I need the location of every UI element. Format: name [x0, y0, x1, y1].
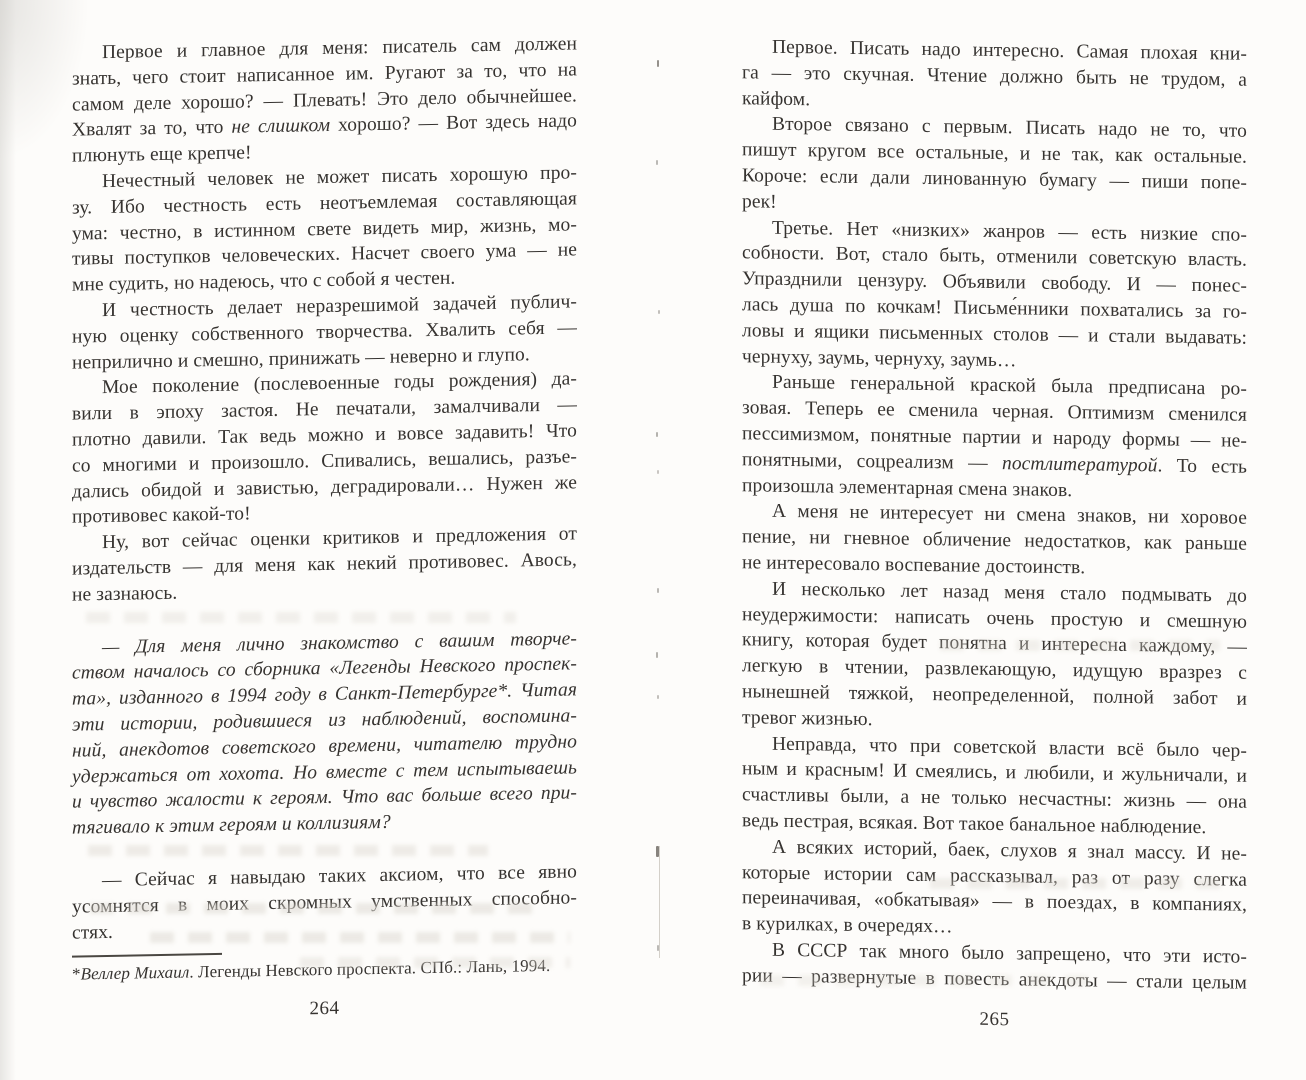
text-segment: тревог жизнью. [742, 707, 873, 730]
paragraph: Первое и главное для меня: писатель сам … [72, 31, 577, 169]
text-segment: противовес какой-то! [72, 504, 251, 528]
page-number-right: 265 [742, 1006, 1247, 1035]
bleedthrough-smudge [930, 878, 1230, 889]
text-segment: И несколько лет назад меня стало подмыва… [772, 578, 1247, 606]
text-segment: А меня не интересует ни смена знаков, ни… [772, 501, 1247, 529]
bleedthrough-smudge [300, 957, 570, 968]
gutter-speck [656, 652, 658, 658]
text-segment: чернуху, заумь, чернуху, заумь… [742, 346, 1016, 371]
text-segment: понятными, соцреализм — [742, 449, 1002, 474]
gutter-speck [657, 60, 659, 67]
paragraph: А меня не интересует ни смена знаков, ни… [742, 499, 1247, 584]
footnote-rule [72, 953, 222, 958]
gutter-speck [656, 160, 658, 165]
left-page: Первое и главное для меня: писатель сам … [72, 0, 577, 1025]
text-segment: произошла элементарная смена знаков. [742, 475, 1072, 501]
text-segment: Короче: если дали линованную бумагу — пи… [742, 165, 1247, 193]
paragraph: Неправда, что при советской власти всё б… [742, 731, 1247, 842]
italic-text-segment: постлитературой [1002, 453, 1157, 476]
paragraph: И несколько лет назад меня стало подмыва… [742, 576, 1247, 738]
gutter-speck [657, 588, 659, 593]
text-segment: А всяких историй, баек, слухов я знал ма… [772, 836, 1247, 864]
paragraph: Нечестный человек не может писать хорошу… [72, 160, 577, 298]
paragraph: Второе связано с первым. Писать надо не … [742, 112, 1247, 223]
text-segment: мне судить, но надеюсь, что с собой я че… [72, 268, 455, 296]
paragraph: Третье. Нет «низких» жанров — есть низки… [742, 215, 1247, 377]
text-segment: Хвалят за то, что [72, 117, 231, 141]
paragraph: Ну, вот сейчас оценки критиков и предлож… [72, 522, 577, 609]
bleedthrough-smudge [150, 932, 570, 943]
bleedthrough-smudge [90, 903, 535, 914]
gutter-speck [657, 470, 659, 474]
paragraph: А всяких историй, баек, слухов я знал ма… [742, 834, 1247, 945]
text-segment: Третье. Нет «низких» жанров — есть низки… [772, 217, 1247, 245]
paragraph: В СССР так много было запрещено, что эти… [742, 937, 1247, 996]
text-segment: В СССР так много было запрещено, что эти… [772, 940, 1247, 968]
page-number-left: 264 [72, 994, 577, 1025]
text-segment: кайфом. [742, 88, 810, 110]
text-segment: га — это скучная. Чтение должно быть не … [742, 62, 1247, 90]
book-scan: Первое и главное для меня: писатель сам … [0, 0, 1306, 1080]
text-segment: Второе связано с первым. Писать надо не … [772, 114, 1247, 142]
text-segment: в курилках, в очередях… [742, 913, 953, 937]
bleedthrough-smudge [86, 612, 516, 623]
text-segment: хорошо? — Вот здесь надо [330, 111, 577, 137]
paragraph: Мое поколение (послевоенные годы рождени… [72, 367, 577, 531]
gutter-speck [658, 310, 660, 314]
text-segment: . То есть [1157, 455, 1247, 477]
italic-text-segment: Веллер Михаил [81, 963, 190, 984]
gutter-speck [657, 695, 659, 699]
text-segment: * [72, 965, 81, 984]
gutter-speck [656, 432, 658, 437]
text-segment: стях. [72, 921, 113, 943]
left-page-text: Первое и главное для меня: писатель сам … [72, 0, 577, 946]
text-segment: ловы и ящики письменных столов — и стали… [742, 320, 1247, 348]
paragraph: — Для меня лично знакомство с вашим твор… [72, 626, 577, 842]
text-segment: Неправда, что при советской власти всё б… [772, 733, 1247, 761]
italic-text-segment: не слишком [231, 115, 330, 138]
text-segment: Раньше генеральной краской была предписа… [772, 372, 1247, 400]
text-segment: Первое. Писать надо интересно. Самая пло… [772, 37, 1247, 65]
text-segment: ведь пестрая, всякая. Вот такое банально… [742, 810, 1206, 838]
gutter-crease-line [659, 846, 660, 958]
right-page-text: Первое. Писать надо интересно. Самая пло… [742, 0, 1247, 996]
paragraph: Первое. Писать надо интересно. Самая пло… [742, 34, 1247, 119]
bleedthrough-smudge [760, 975, 1090, 986]
text-segment: не интересовало воспевание достоинств. [742, 552, 1085, 578]
bleedthrough-smudge [940, 640, 1220, 651]
scan-left-edge-shadow [0, 0, 16, 1080]
text-segment: рек! [742, 191, 777, 213]
text-segment: тягивало к этим героям и коллизиям? [72, 812, 391, 839]
paragraph: И честность делает неразрешимой задачей … [72, 289, 577, 376]
text-segment: не зазнаюсь. [72, 582, 177, 605]
paragraph: Раньше генеральной краской была предписа… [742, 370, 1247, 506]
text-segment: плюнуть еще крепче! [72, 143, 252, 167]
bleedthrough-smudge [88, 845, 488, 856]
